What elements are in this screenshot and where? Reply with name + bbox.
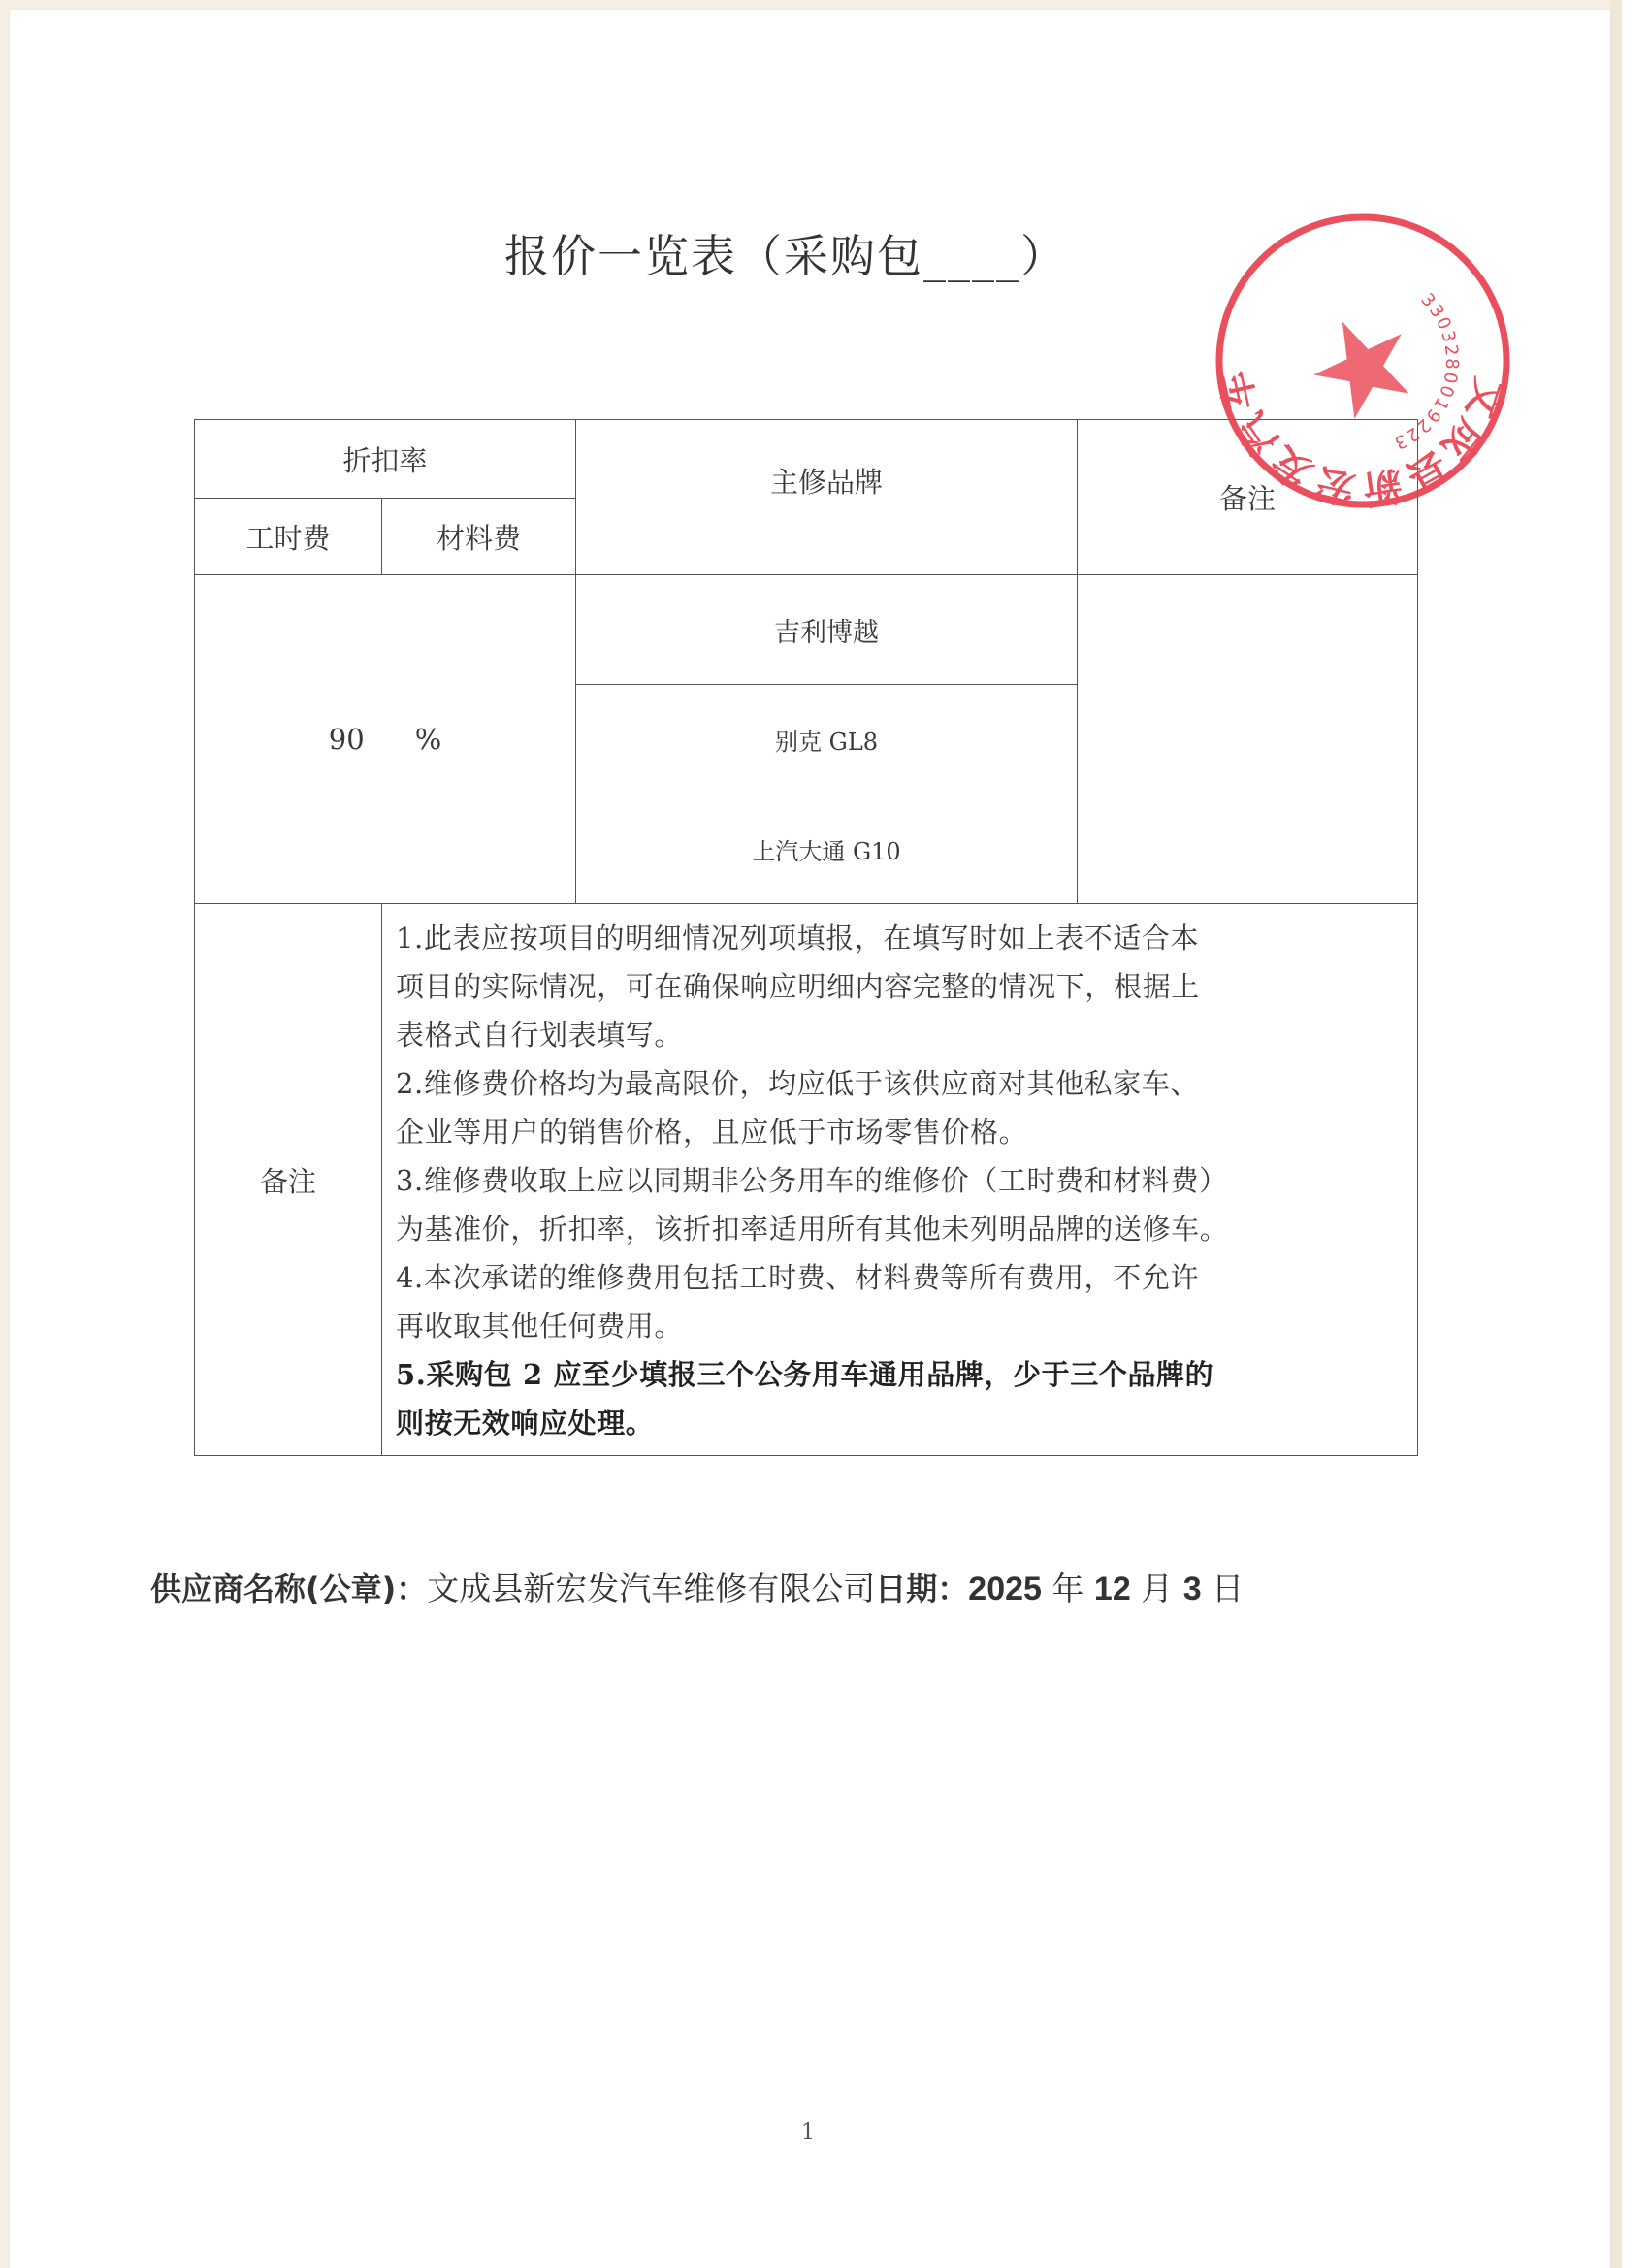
note-line: 表格式自行划表填写。 <box>396 1011 1407 1059</box>
header-main-brands: 主修品牌 <box>576 420 1078 575</box>
header-discount-rate: 折扣率 <box>195 420 576 499</box>
scan-margin <box>1622 0 1649 2268</box>
date-year-unit: 年 <box>1042 1570 1094 1607</box>
note-line: 项目的实际情况，可在确保响应明细内容完整的情况下，根据上 <box>396 962 1407 1011</box>
discount-rate-cell: 90% <box>195 575 576 904</box>
page-title: 报价一览表（采购包____） <box>504 221 1183 279</box>
header-labor-fee: 工时费 <box>195 499 382 575</box>
note-line-bold: 5.采购包 2 应至少填报三个公务用车通用品牌，少于三个品牌的 <box>396 1350 1407 1399</box>
scan-edge-strip <box>1610 0 1622 2268</box>
note-line: 2.维修费价格均为最高限价，均应低于该供应商对其他私家车、 <box>396 1059 1407 1108</box>
date-day-unit: 日 <box>1202 1570 1245 1607</box>
supplier-line: 供应商名称(公章)：文成县新宏发汽车维修有限公司日期：2025 年 12 月 3… <box>150 1564 1508 1612</box>
notes-body: 1.此表应按项目的明细情况列项填报，在填写时如上表不适合本 项目的实际情况，可在… <box>382 904 1418 1456</box>
note-line: 3.维修费收取上应以同期非公务用车的维修价（工时费和材料费） <box>396 1156 1407 1205</box>
brand-cell: 上汽大通 G10 <box>576 794 1078 904</box>
note-line-bold: 则按无效响应处理。 <box>396 1399 1407 1447</box>
notes-row: 备注 1.此表应按项目的明细情况列项填报，在填写时如上表不适合本 项目的实际情况… <box>195 904 1418 1456</box>
date-day: 3 <box>1183 1571 1202 1607</box>
supplier-name: 文成县新宏发汽车维修有限公司 <box>427 1570 875 1607</box>
table-row: 90% 吉利博越 <box>195 575 1418 685</box>
page-number: 1 <box>801 2121 815 2145</box>
note-line: 1.此表应按项目的明细情况列项填报，在填写时如上表不适合本 <box>396 914 1407 962</box>
notes-label: 备注 <box>195 904 382 1456</box>
note-line: 为基准价，折扣率，该折扣率适用所有其他未列明品牌的送修车。 <box>396 1205 1407 1253</box>
brand-cell: 吉利博越 <box>576 575 1078 685</box>
quote-table: 折扣率 主修品牌 备注 工时费 材料费 90% 吉利博越 别克 GL8 上汽大通… <box>194 419 1418 1456</box>
date-month: 12 <box>1094 1571 1131 1607</box>
note-line: 再收取其他任何费用。 <box>396 1302 1407 1350</box>
header-material-fee: 材料费 <box>382 499 576 575</box>
date-label: 日期： <box>875 1571 968 1607</box>
brand-cell: 别克 GL8 <box>576 685 1078 794</box>
note-line: 4.本次承诺的维修费用包括工时费、材料费等所有费用，不允许 <box>396 1253 1407 1302</box>
date-month-unit: 月 <box>1131 1570 1183 1607</box>
header-remarks: 备注 <box>1078 420 1418 575</box>
remarks-cell <box>1078 575 1418 904</box>
note-line: 企业等用户的销售价格，且应低于市场零售价格。 <box>396 1108 1407 1156</box>
supplier-label: 供应商名称(公章)： <box>150 1571 427 1607</box>
discount-value: 90 <box>329 723 365 756</box>
header-row-1: 折扣率 主修品牌 备注 <box>195 420 1418 499</box>
date-year: 2025 <box>968 1571 1042 1607</box>
discount-unit: % <box>415 723 442 756</box>
